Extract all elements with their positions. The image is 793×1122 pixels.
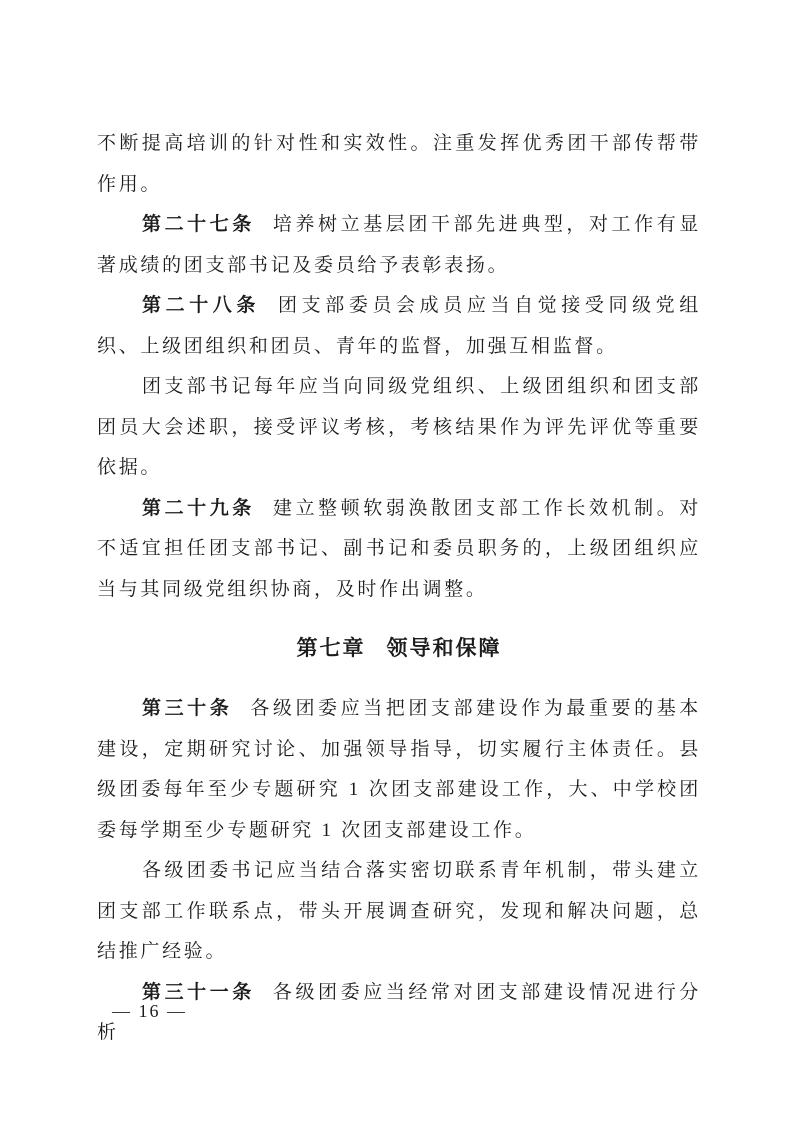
paragraph: 第三十一条各级团委应当经常对团支部建设情况进行分析 xyxy=(97,973,701,1054)
paragraph-text: 各级团委书记应当结合落实密切联系青年机制，带头建立团支部工作联系点，带头开展调查… xyxy=(97,860,701,962)
paragraph-text: 不断提高培训的针对性和实效性。注重发挥优秀团干部传帮带作用。 xyxy=(97,133,701,195)
paragraph-text: 各级团委应当把团支部建设作为最重要的基本建设，定期研究讨论、加强领导指导，切实履… xyxy=(97,698,701,841)
article-number: 第三十条 xyxy=(142,698,232,719)
paragraph: 第二十八条团支部委员会成员应当自觉接受同级党组织、上级团组织和团员、青年的监督，… xyxy=(97,286,701,367)
article-number: 第二十八条 xyxy=(142,295,260,316)
article-number: 第三十一条 xyxy=(142,982,255,1003)
page-number: — 16 — xyxy=(112,1001,187,1022)
chapter-number: 第七章 xyxy=(297,637,366,660)
chapter-heading: 第七章领导和保障 xyxy=(97,628,701,669)
paragraph-text: 团支部书记每年应当向同级党组织、上级团组织和团支部团员大会述职，接受评议考核，考… xyxy=(97,376,701,478)
paragraph: 不断提高培训的针对性和实效性。注重发挥优秀团干部传帮带作用。 xyxy=(97,124,701,205)
paragraph: 各级团委书记应当结合落实密切联系青年机制，带头建立团支部工作联系点，带头开展调查… xyxy=(97,851,701,973)
paragraph: 团支部书记每年应当向同级党组织、上级团组织和团支部团员大会述职，接受评议考核，考… xyxy=(97,367,701,489)
document-content: 不断提高培训的针对性和实效性。注重发挥优秀团干部传帮带作用。 第二十七条培养树立… xyxy=(97,124,701,1054)
article-number: 第二十七条 xyxy=(142,214,255,235)
article-number: 第二十九条 xyxy=(142,498,255,519)
chapter-title: 领导和保障 xyxy=(387,637,502,660)
paragraph: 第三十条各级团委应当把团支部建设作为最重要的基本建设，定期研究讨论、加强领导指导… xyxy=(97,689,701,851)
paragraph: 第二十九条建立整顿软弱涣散团支部工作长效机制。对不适宜担任团支部书记、副书记和委… xyxy=(97,489,701,611)
paragraph: 第二十七条培养树立基层团干部先进典型，对工作有显著成绩的团支部书记及委员给予表彰… xyxy=(97,205,701,286)
document-page: 不断提高培训的针对性和实效性。注重发挥优秀团干部传帮带作用。 第二十七条培养树立… xyxy=(0,0,793,1122)
